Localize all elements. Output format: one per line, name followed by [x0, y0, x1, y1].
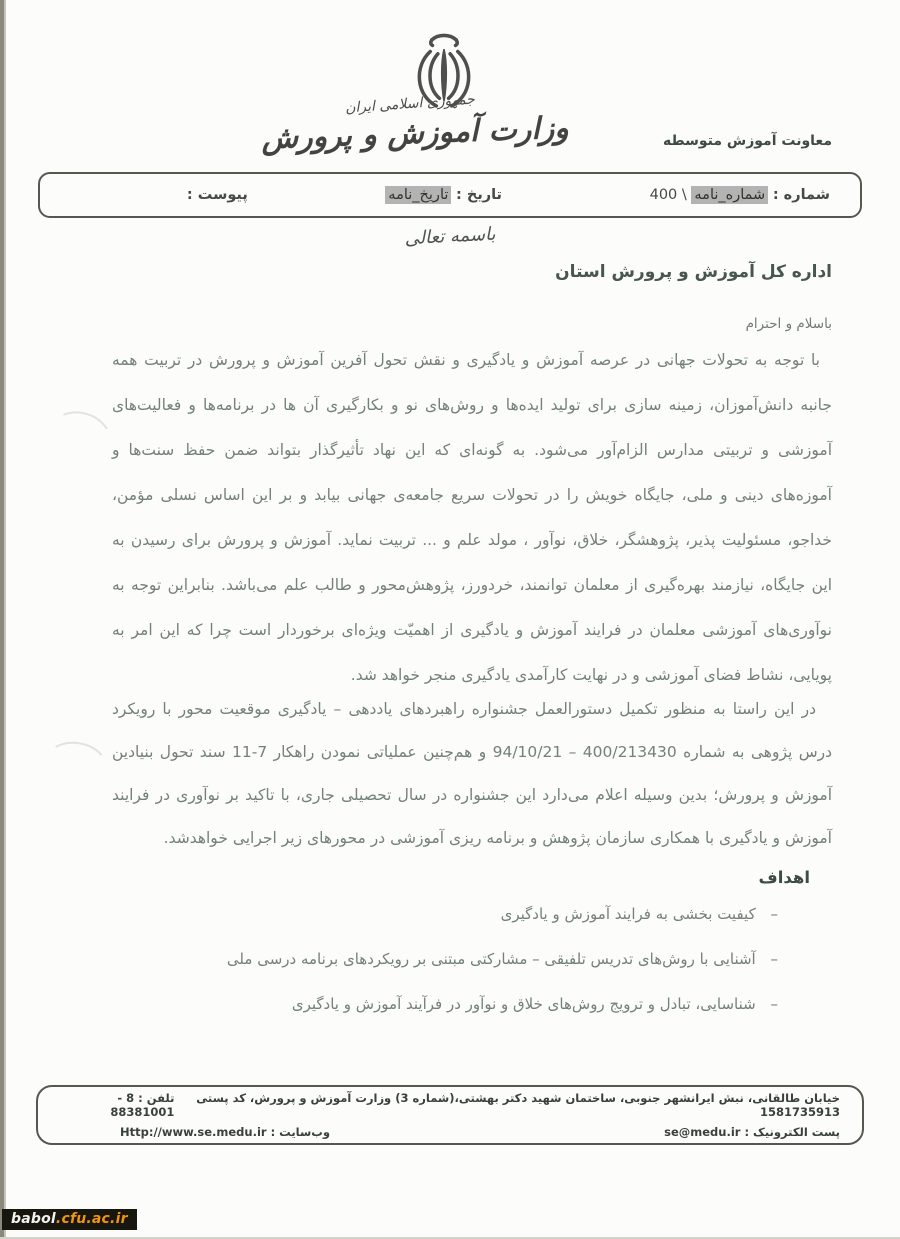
number-code: 400	[650, 187, 678, 203]
footer-line-1: خیابان طالقانی، نبش ایرانشهر جنوبی، ساخت…	[60, 1091, 840, 1119]
number-separator: \	[682, 187, 687, 203]
attachment-field: پیوست :	[40, 187, 248, 203]
goal-dash: –	[771, 950, 779, 968]
goal-dash: –	[771, 905, 779, 923]
salutation: باسلام و احترام	[746, 316, 832, 332]
goals-heading: اهداف	[759, 868, 810, 887]
goal-text: آشنایی با روش‌های تدریس تلفیقی – مشارکتی…	[227, 950, 756, 968]
goal-item: – کیفیت بخشی به فرایند آموزش و یادگیری	[112, 892, 778, 937]
website-block: وب‌سایت : Http://www.se.medu.ir	[120, 1125, 330, 1139]
footer-line-2: پست الکترونیک : se@medu.ir وب‌سایت : Htt…	[60, 1125, 840, 1139]
attachment-label: پیوست :	[187, 187, 248, 203]
recipient-title: اداره کل آموزش و پرورش استان	[555, 262, 832, 282]
goal-item: – شناسایی، تبادل و ترویج روش‌های خلاق و …	[112, 982, 778, 1027]
website-url: Http://www.se.medu.ir	[120, 1125, 267, 1139]
scan-artifact-arc	[40, 737, 111, 795]
goal-text: کیفیت بخشی به فرایند آموزش و یادگیری	[501, 905, 756, 923]
number-label: شماره :	[773, 187, 830, 203]
phone-label: تلفن :	[138, 1091, 174, 1105]
number-field: شماره : شماره_نامه \ 400	[502, 187, 860, 203]
site-watermark: babol.cfu.ac.ir	[2, 1209, 137, 1230]
date-field: تاریخ : تاریخ_نامه	[248, 187, 502, 203]
watermark-bold: babol	[11, 1211, 56, 1227]
email-address: se@medu.ir	[664, 1125, 740, 1139]
letterhead-fields-box: شماره : شماره_نامه \ 400 تاریخ : تاریخ_ن…	[38, 172, 862, 218]
scanned-letter-page: جمهوری اسلامی ایران وزارت آموزش و پرورش …	[0, 0, 900, 1239]
goals-list: – کیفیت بخشی به فرایند آموزش و یادگیری –…	[112, 892, 778, 1027]
phone-block: تلفن : 8 - 88381001	[60, 1091, 174, 1119]
body-paragraph: در این راستا به منظور تکمیل دستورالعمل ج…	[112, 688, 832, 860]
goal-item: – آشنایی با روش‌های تدریس تلفیقی – مشارک…	[112, 937, 778, 982]
date-label: تاریخ :	[456, 187, 502, 203]
scan-artifact-arc	[42, 403, 119, 472]
email-label: پست الکترونیک :	[744, 1125, 840, 1139]
goal-text: شناسایی، تبادل و ترویج روش‌های خلاق و نو…	[292, 995, 756, 1013]
scan-edge-light	[4, 0, 6, 1239]
website-label: وب‌سایت :	[271, 1125, 330, 1139]
footer-contact-box: خیابان طالقانی، نبش ایرانشهر جنوبی، ساخت…	[36, 1085, 864, 1145]
date-merge-field: تاریخ_نامه	[385, 186, 451, 204]
address-text: خیابان طالقانی، نبش ایرانشهر جنوبی، ساخت…	[174, 1091, 840, 1119]
besmele: باسمه تعالی	[330, 220, 571, 254]
goal-dash: –	[771, 995, 779, 1013]
number-merge-field: شماره_نامه	[691, 186, 768, 204]
email-block: پست الکترونیک : se@medu.ir	[664, 1125, 840, 1139]
deputy-title: معاونت آموزش متوسطه	[663, 133, 832, 149]
watermark-rest: .cfu.ac.ir	[56, 1211, 128, 1227]
body-paragraph: با توجه به تحولات جهانی در عرصه آموزش و …	[112, 338, 832, 698]
